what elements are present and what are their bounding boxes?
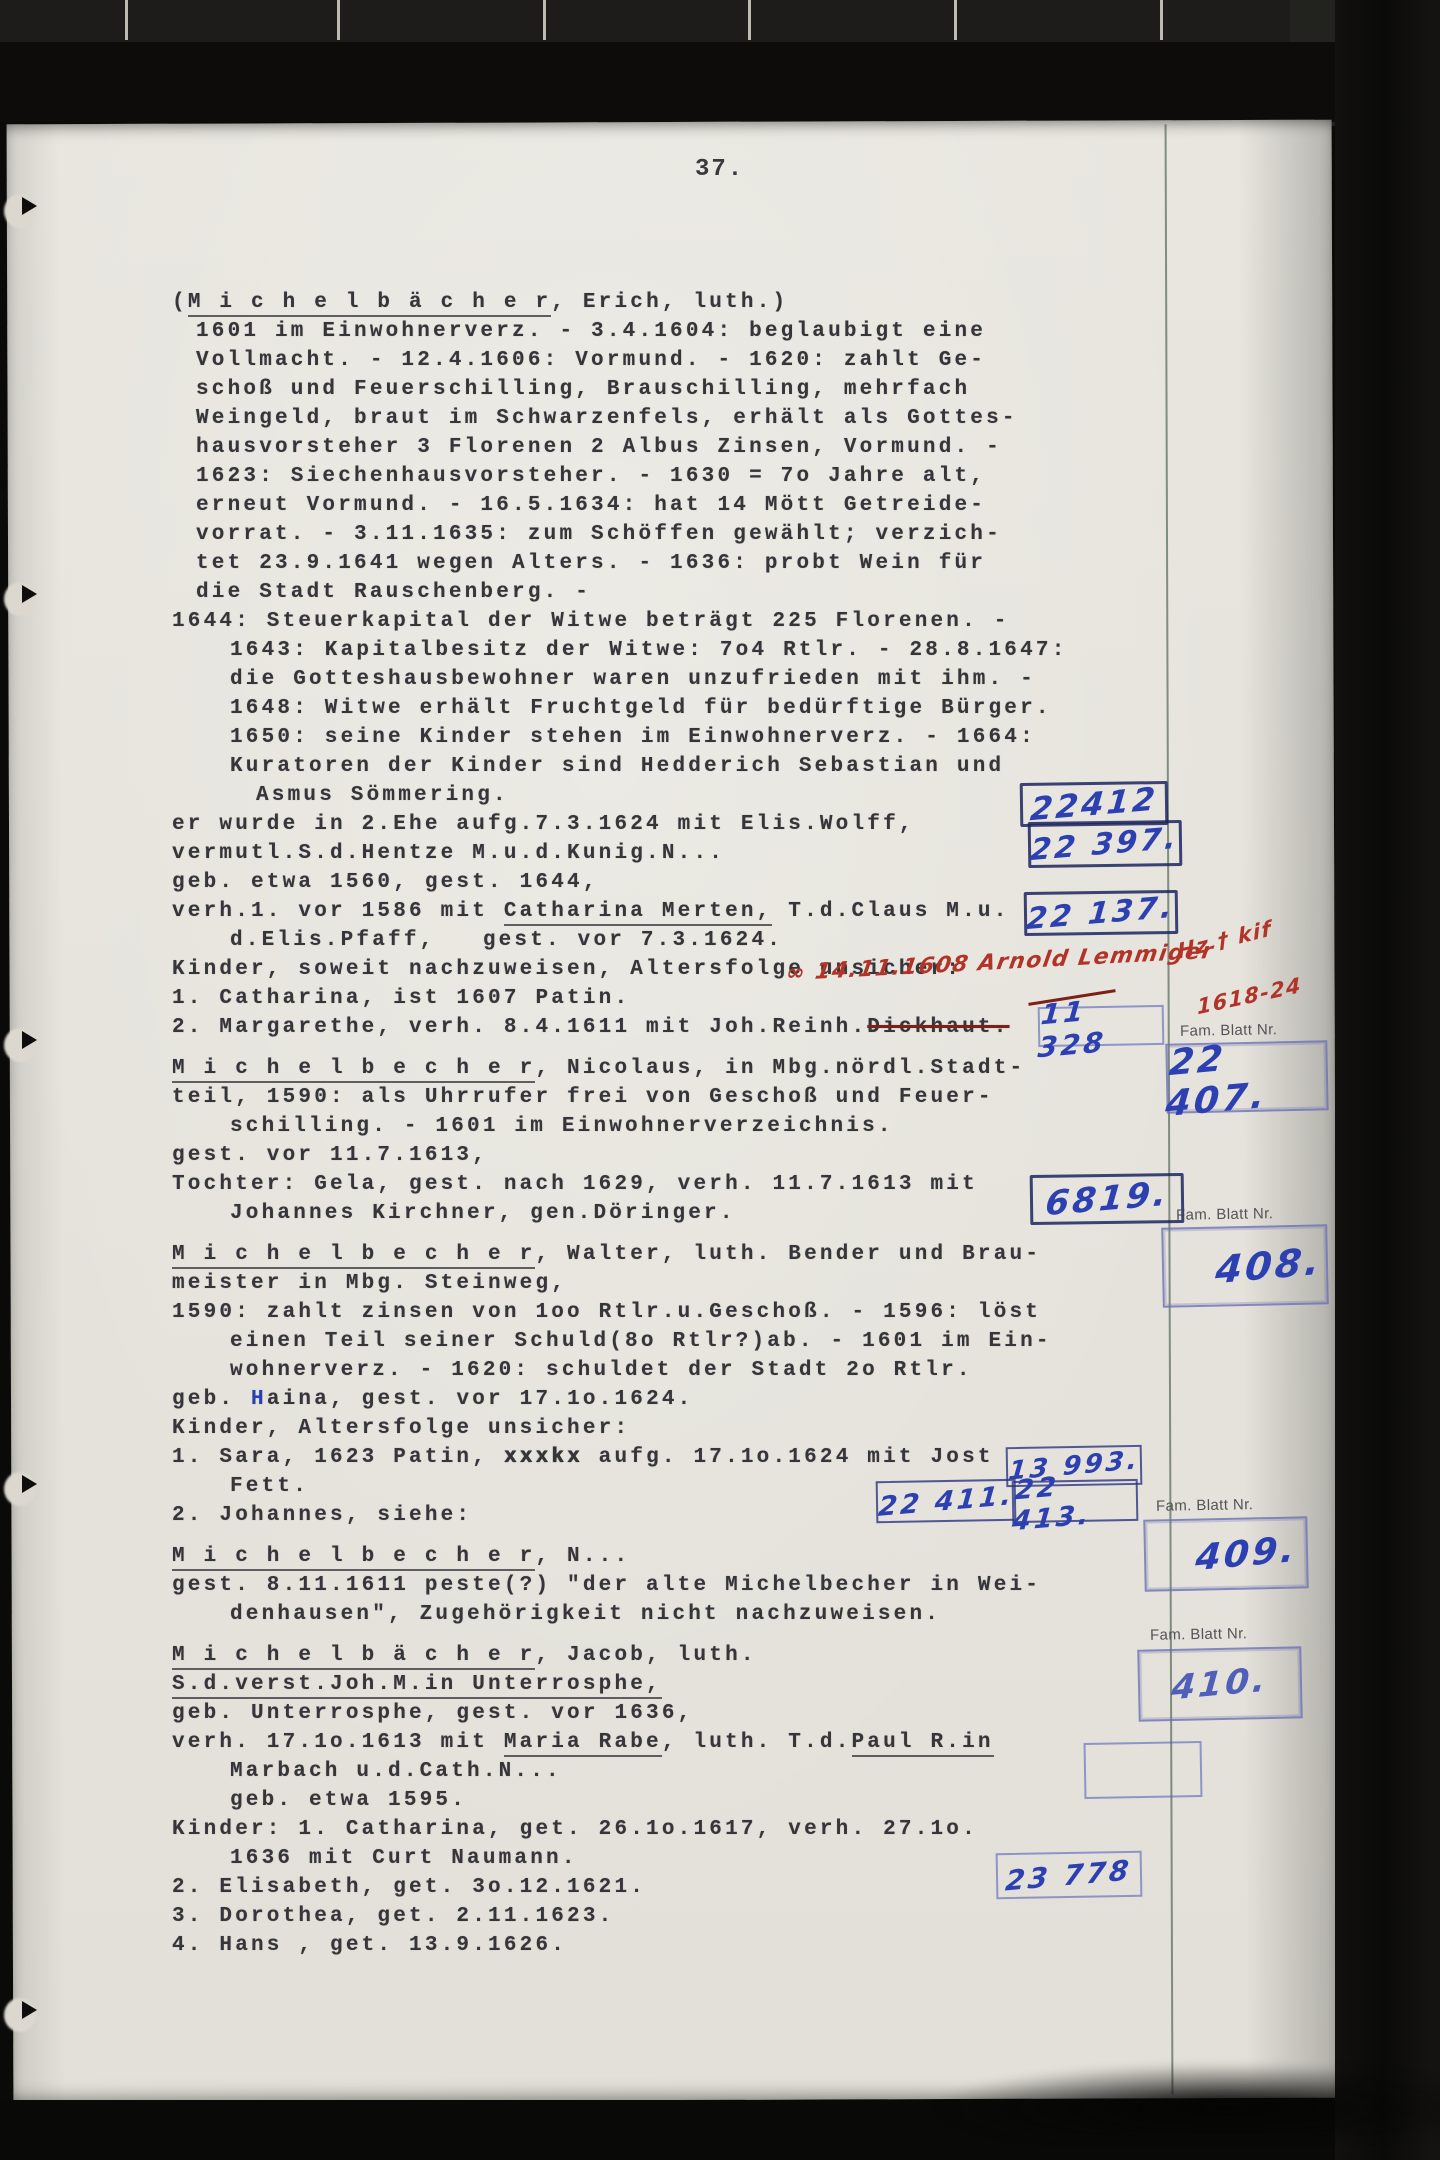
text-line: 3. Dorothea, get. 2.11.1623. <box>172 1902 1172 1931</box>
text-line: Marbach u.d.Cath.N... <box>172 1757 1172 1786</box>
black-band-top <box>0 42 1440 122</box>
stamp-box-409: 409. <box>1143 1516 1308 1591</box>
typed-text: 4. Hans , get. 13.9.1626. <box>172 1934 567 1957</box>
text-line: Kinder: 1. Catharina, get. 26.1o.1617, v… <box>172 1815 1172 1844</box>
film-tick <box>954 0 957 40</box>
typed-text: 1590: zahlt zinsen von 1oo Rtlr.u.Gescho… <box>172 1301 1041 1324</box>
film-tick <box>543 0 546 40</box>
typed-text: d.Elis.Pfaff, gest. vor 7.3.1624. <box>230 929 783 952</box>
typed-text: Kinder: 1. Catharina, get. 26.1o.1617, v… <box>172 1818 978 1841</box>
typed-text: gest. vor 11.7.1613, <box>172 1144 488 1167</box>
text-line: einen Teil seiner Schuld(8o Rtlr?)ab. - … <box>172 1327 1172 1356</box>
empty-stamp-box <box>1084 1741 1203 1799</box>
typed-text: er wurde in 2.Ehe aufg.7.3.1624 mit Elis… <box>172 813 915 836</box>
text-line: 1648: Witwe erhält Fruchtgeld für bedürf… <box>172 694 1172 723</box>
text-line: M i c h e l b e c h e r, N... <box>172 1542 1172 1571</box>
typed-text: Kuratoren der Kinder sind Hedderich Seba… <box>230 755 1004 778</box>
film-notch-arrow <box>22 2001 37 2019</box>
handwritten-number: 6819. <box>1043 1174 1170 1224</box>
text-line: 1623: Siechenhausvorsteher. - 1630 = 7o … <box>172 462 1172 491</box>
film-tick <box>337 0 340 40</box>
text-line: geb. Unterrosphe, gest. vor 1636, <box>172 1699 1172 1728</box>
text-line: vorrat. - 3.11.1635: zum Schöffen gewähl… <box>172 520 1172 549</box>
handwritten-number: 23 778 <box>1004 1853 1133 1897</box>
typed-text: teil, 1590: als Uhrrufer frei von Gescho… <box>172 1086 994 1109</box>
typed-text: T.d.Claus M.u. <box>772 900 1009 923</box>
underlined-text: Maria Rabe <box>504 1731 662 1757</box>
typed-text: , Erich, luth.) <box>551 291 788 314</box>
text-line: verh.1. vor 1586 mit Catharina Merten, T… <box>172 897 1172 926</box>
text-line: denhausen", Zugehörigkeit nicht nachzuwe… <box>172 1600 1172 1629</box>
text-line: teil, 1590: als Uhrrufer frei von Gescho… <box>172 1083 1172 1112</box>
typed-text: vorrat. - 3.11.1635: zum Schöffen gewähl… <box>196 523 1002 546</box>
typed-text: ( <box>172 291 188 314</box>
document-section: M i c h e l b e c h e r, Nicolaus, in Mb… <box>172 1054 1172 1228</box>
typed-text: schilling. - 1601 im Einwohnerverzeichni… <box>230 1115 894 1138</box>
typed-text: 1636 mit Curt Naumann. <box>230 1847 578 1870</box>
film-notch-arrow <box>22 585 37 603</box>
typed-text: , Jacob, luth. <box>535 1644 756 1667</box>
fam-blatt-label: Fam. Blatt Nr. <box>1176 1205 1274 1224</box>
text-line: Kuratoren der Kinder sind Hedderich Seba… <box>172 752 1172 781</box>
typed-text: verh. 17.1o.1613 mit <box>172 1731 504 1754</box>
typed-text: erneut Vormund. - 16.5.1634: hat 14 Mött… <box>196 494 986 517</box>
film-notch-arrow <box>22 197 37 215</box>
typed-text: aufg. 17.1o.1624 mit Jost <box>583 1446 994 1469</box>
underlined-text: M i c h e l b ä c h e r <box>172 1644 535 1670</box>
typed-text: einen Teil seiner Schuld(8o Rtlr?)ab. - … <box>230 1330 1052 1353</box>
text-line: 4. Hans , get. 13.9.1626. <box>172 1931 1172 1960</box>
underlined-text: Catharina Merten, <box>504 900 773 926</box>
typed-text: Johannes Kirchner, gen.Döringer. <box>230 1202 736 1225</box>
typed-text: schoß und Feuerschilling, Brauschilling,… <box>196 378 970 401</box>
film-strip <box>0 0 1440 42</box>
handwritten-box-22413: 22 413. <box>1012 1479 1139 1523</box>
text-line: 1601 im Einwohnerverz. - 3.4.1604: begla… <box>172 317 1172 346</box>
typed-text: Tochter: Gela, gest. nach 1629, verh. 11… <box>172 1173 978 1196</box>
handwritten-number: 409. <box>1193 1529 1298 1579</box>
text-line: 1644: Steuerkapital der Witwe beträgt 22… <box>172 607 1172 636</box>
text-line: Tochter: Gela, gest. nach 1629, verh. 11… <box>172 1170 1172 1199</box>
typed-text: Weingeld, braut im Schwarzenfels, erhält… <box>196 407 1018 430</box>
typed-text: denhausen", Zugehörigkeit nicht nachzuwe… <box>230 1603 941 1626</box>
typed-text: Vollmacht. - 12.4.1606: Vormund. - 1620:… <box>196 349 986 372</box>
handwritten-number: 22 411. <box>877 1480 1015 1523</box>
text-line: M i c h e l b ä c h e r, Jacob, luth. <box>172 1641 1172 1670</box>
film-notch-arrow <box>22 1031 37 1049</box>
text-line: tet 23.9.1641 wegen Alters. - 1636: prob… <box>172 549 1172 578</box>
handwritten-number: 22 407. <box>1164 1029 1330 1125</box>
handwritten-box-22397: 22 397. <box>1028 820 1183 868</box>
typed-text: die Stadt Rauschenberg. - <box>196 581 591 604</box>
typed-text: Asmus Sömmering. <box>256 784 509 807</box>
typed-text: , luth. T.d. <box>662 1731 852 1754</box>
typed-text: geb. etwa 1560, gest. 1644, <box>172 871 599 894</box>
typed-text: meister in Mbg. Steinweg, <box>172 1272 567 1295</box>
typed-text: hausvorsteher 3 Florenen 2 Albus Zinsen,… <box>196 436 1002 459</box>
text-line: gest. vor 11.7.1613, <box>172 1141 1172 1170</box>
text-line: 1. Catharina, ist 1607 Patin. <box>172 984 1172 1013</box>
underlined-text: Paul R.in <box>852 1731 994 1757</box>
typed-text: 1. Sara, 1623 Patin, <box>172 1446 504 1469</box>
typed-text: geb. Unterrosphe, gest. vor 1636, <box>172 1702 693 1725</box>
typed-text: verh.1. vor 1586 mit <box>172 900 504 923</box>
text-line: die Stadt Rauschenberg. - <box>172 578 1172 607</box>
typed-text: 2. Margarethe, verh. 8.4.1611 mit Joh.Re… <box>172 1016 867 1039</box>
stamp-box-410: 410. <box>1137 1646 1302 1721</box>
text-line: wohnerverz. - 1620: schuldet der Stadt 2… <box>172 1356 1172 1385</box>
typed-text: die Gotteshausbewohner waren unzufrieden… <box>230 668 1036 691</box>
film-notch-arrow <box>22 1475 37 1493</box>
text-line: geb. Haina, gest. vor 17.1o.1624. <box>172 1385 1172 1414</box>
text-line: schoß und Feuerschilling, Brauschilling,… <box>172 375 1172 404</box>
typed-text: xxxkx <box>504 1446 583 1469</box>
handwritten-note-11328: 11 328 <box>1038 1005 1165 1047</box>
handwritten-box-22411: 22 411. <box>876 1479 1017 1523</box>
underlined-text: M i c h e l b e c h e r <box>172 1057 535 1083</box>
scanned-document-frame: 37. (M i c h e l b ä c h e r, Erich, lut… <box>0 0 1440 2160</box>
typed-text: H <box>251 1388 267 1411</box>
text-line: 2. Margarethe, verh. 8.4.1611 mit Joh.Re… <box>172 1013 1172 1042</box>
fam-blatt-label: Fam. Blatt Nr. <box>1156 1496 1254 1515</box>
handwritten-number: 410. <box>1170 1660 1270 1709</box>
handwritten-box-6819: 6819. <box>1030 1173 1185 1225</box>
text-line: erneut Vormund. - 16.5.1634: hat 14 Mött… <box>172 491 1172 520</box>
typed-text: aina, gest. vor 17.1o.1624. <box>267 1388 694 1411</box>
text-line: Vollmacht. - 12.4.1606: Vormund. - 1620:… <box>172 346 1172 375</box>
text-line: S.d.verst.Joh.M.in Unterrosphe, <box>172 1670 1172 1699</box>
fam-blatt-label: Fam. Blatt Nr. <box>1150 1625 1248 1644</box>
typed-text: Fett. <box>230 1475 309 1498</box>
handwritten-number: 408. <box>1214 1239 1324 1293</box>
text-line: meister in Mbg. Steinweg, <box>172 1269 1172 1298</box>
typed-text: vermutl.S.d.Hentze M.u.d.Kunig.N... <box>172 842 725 865</box>
typed-text: geb. etwa 1595. <box>230 1789 467 1812</box>
handwritten-box-22137: 22 137. <box>1024 890 1179 936</box>
typed-text: 3. Dorothea, get. 2.11.1623. <box>172 1905 614 1928</box>
typed-text: tet 23.9.1641 wegen Alters. - 1636: prob… <box>196 552 986 575</box>
underlined-text: M i c h e l b e c h e r <box>172 1243 535 1269</box>
typed-text: 1648: Witwe erhält Fruchtgeld für bedürf… <box>230 697 1052 720</box>
typed-text: wohnerverz. - 1620: schuldet der Stadt 2… <box>230 1359 973 1382</box>
text-line: die Gotteshausbewohner waren unzufrieden… <box>172 665 1172 694</box>
underlined-text: M i c h e l b e c h e r <box>172 1545 535 1571</box>
text-line: (M i c h e l b ä c h e r, Erich, luth.) <box>172 288 1172 317</box>
text-line: M i c h e l b e c h e r, Nicolaus, in Mb… <box>172 1054 1172 1083</box>
typewritten-text: (M i c h e l b ä c h e r, Erich, luth.)1… <box>172 288 1172 1960</box>
stamp-box-408: 408. <box>1161 1224 1329 1307</box>
typed-text: Dickhaut. <box>867 1016 1009 1039</box>
text-line: geb. etwa 1560, gest. 1644, <box>172 868 1172 897</box>
handwritten-number: 22 137. <box>1025 889 1177 936</box>
text-line: verh. 17.1o.1613 mit Maria Rabe, luth. T… <box>172 1728 1172 1757</box>
text-line: 1650: seine Kinder stehen im Einwohnerve… <box>172 723 1172 752</box>
black-band-right <box>1335 0 1440 2160</box>
typed-text: Kinder, Altersfolge unsicher: <box>172 1417 630 1440</box>
text-line: M i c h e l b e c h e r, Walter, luth. B… <box>172 1240 1172 1269</box>
typed-text: , Nicolaus, in Mbg.nördl.Stadt- <box>535 1057 1025 1080</box>
typed-text: 1650: seine Kinder stehen im Einwohnerve… <box>230 726 1036 749</box>
typed-text: , N... <box>535 1545 630 1568</box>
text-line: 1590: zahlt zinsen von 1oo Rtlr.u.Gescho… <box>172 1298 1172 1327</box>
typed-text: 1. Catharina, ist 1607 Patin. <box>172 987 630 1010</box>
text-line: Kinder, Altersfolge unsicher: <box>172 1414 1172 1443</box>
text-line: Johannes Kirchner, gen.Döringer. <box>172 1199 1172 1228</box>
text-line: geb. etwa 1595. <box>172 1786 1172 1815</box>
typed-text: , Walter, luth. Bender und Brau- <box>535 1243 1041 1266</box>
text-line: 1643: Kapitalbesitz der Witwe: 7o4 Rtlr.… <box>172 636 1172 665</box>
typed-text: gest. 8.11.1611 peste(?) "der alte Miche… <box>172 1574 1041 1597</box>
underlined-text: S.d.verst.Joh.M.in Unterrosphe, <box>172 1673 662 1699</box>
film-tick <box>1160 0 1163 40</box>
typed-text: 2. Elisabeth, get. 3o.12.1621. <box>172 1876 646 1899</box>
handwritten-number: 22 397. <box>1029 820 1181 867</box>
handwritten-box-23778: 23 778 <box>996 1851 1143 1900</box>
typed-text: 1623: Siechenhausvorsteher. - 1630 = 7o … <box>196 465 986 488</box>
film-shadow-blob <box>930 2062 1440 2138</box>
text-line: Weingeld, braut im Schwarzenfels, erhält… <box>172 404 1172 433</box>
handwritten-number: 22 413. <box>1011 1465 1140 1538</box>
film-tick <box>125 0 128 40</box>
typed-text: 1643: Kapitalbesitz der Witwe: 7o4 Rtlr.… <box>230 639 1068 662</box>
typed-text: Marbach u.d.Cath.N... <box>230 1760 562 1783</box>
text-line: gest. 8.11.1611 peste(?) "der alte Miche… <box>172 1571 1172 1600</box>
document-section: M i c h e l b ä c h e r, Jacob, luth.S.d… <box>172 1641 1172 1960</box>
text-line: schilling. - 1601 im Einwohnerverzeichni… <box>172 1112 1172 1141</box>
document-section: M i c h e l b e c h e r, N...gest. 8.11.… <box>172 1542 1172 1629</box>
stamp-box-22407: 22 407. <box>1165 1040 1328 1113</box>
document-section: (M i c h e l b ä c h e r, Erich, luth.)1… <box>172 288 1172 1042</box>
text-line: hausvorsteher 3 Florenen 2 Albus Zinsen,… <box>172 433 1172 462</box>
page-number: 37. <box>695 156 744 183</box>
typed-text: 1644: Steuerkapital der Witwe beträgt 22… <box>172 610 1010 633</box>
typed-text: geb. <box>172 1388 251 1411</box>
typed-text: 1601 im Einwohnerverz. - 3.4.1604: begla… <box>196 320 986 343</box>
text-line: vermutl.S.d.Hentze M.u.d.Kunig.N... <box>172 839 1172 868</box>
typed-text: 2. Johannes, siehe: <box>172 1504 472 1527</box>
underlined-text: M i c h e l b ä c h e r <box>188 291 551 317</box>
film-tick <box>748 0 751 40</box>
